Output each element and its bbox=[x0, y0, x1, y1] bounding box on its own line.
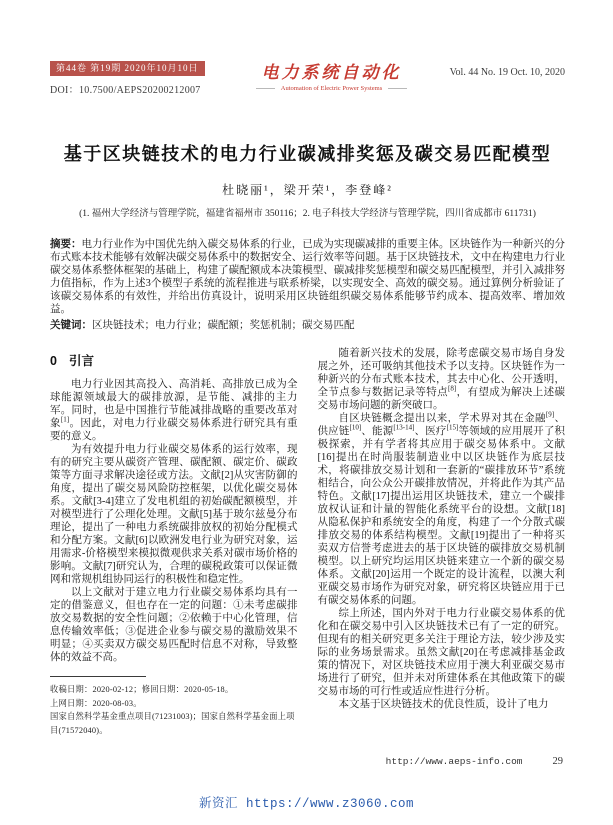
journal-subtitle: Automation of Electric Power Systems bbox=[281, 85, 382, 92]
doi-text: DOI：10.7500/AEPS20200212007 bbox=[50, 81, 248, 96]
keywords-text: 区块链技术；电力行业；碳配额；奖惩机制；碳交易匹配 bbox=[92, 320, 355, 331]
article-title: 基于区块链技术的电力行业碳减排奖惩及碳交易匹配模型 bbox=[50, 140, 565, 166]
footnote-rule bbox=[50, 676, 146, 677]
intro-paragraph: 本文基于区块链技术的优良性质，设计了电力 bbox=[318, 698, 566, 711]
section-title: 引言 bbox=[69, 354, 94, 368]
section-number: 0 bbox=[50, 354, 57, 368]
journal-logo: 电力系统自动化 bbox=[256, 58, 407, 83]
watermark-text: 新资汇 https://www.z3060.com bbox=[0, 793, 613, 811]
affiliation-line: (1. 福州大学经济与管理学院，福建省福州市 350116；2. 电子科技大学经… bbox=[50, 205, 565, 219]
journal-url: http://www.aeps-info.com bbox=[386, 756, 523, 767]
abstract-label: 摘要： bbox=[50, 238, 82, 250]
keywords-block: 关键词：区块链技术；电力行业；碳配额；奖惩机制；碳交易匹配 bbox=[50, 319, 565, 332]
abstract-block: 摘要：电力行业作为中国优先纳入碳交易体系的行业，已成为实现碳减排的重要主体。区块… bbox=[50, 238, 565, 316]
journal-subtitle-row: Automation of Electric Power Systems bbox=[256, 85, 407, 92]
intro-paragraph: 随着新兴技术的发展，除考虑碳交易市场自身发展之外，还可吸纳其他技术予以支持。区块… bbox=[318, 347, 566, 412]
journal-logo-block: 电力系统自动化 Automation of Electric Power Sys… bbox=[248, 58, 415, 92]
intro-paragraph: 自区块链概念提出以来，学术界对其在金融[9]、供应链[10]、能源[13-14]… bbox=[318, 412, 566, 607]
page-number: 29 bbox=[553, 756, 564, 767]
keywords-label: 关键词： bbox=[50, 319, 92, 331]
intro-paragraph: 为有效提升电力行业碳交易体系的运行效率，现有的研究主要从碳资产管理、碳配额、碳定… bbox=[50, 443, 298, 586]
intro-paragraph: 电力行业因其高投入、高消耗、高排放已成为全球能源领域最大的碳排放源，是节能、减排… bbox=[50, 378, 298, 443]
journal-masthead: 第44卷 第19期 2020年10月10日 DOI：10.7500/AEPS20… bbox=[50, 58, 565, 96]
footnote-dates: 收稿日期：2020-02-12；修回日期：2020-05-18。 bbox=[50, 683, 298, 697]
page-footer: http://www.aeps-info.com 29 bbox=[386, 756, 563, 767]
right-column: 随着新兴技术的发展，除考虑碳交易市场自身发展之外，还可吸纳其他技术予以支持。区块… bbox=[318, 347, 566, 737]
volume-info: Vol. 44 No. 19 Oct. 10, 2020 bbox=[415, 58, 565, 78]
left-column: 0引言 电力行业因其高投入、高消耗、高排放已成为全球能源领域最大的碳排放源，是节… bbox=[50, 347, 298, 737]
author-line: 杜晓丽¹，梁开荣¹，李登峰² bbox=[50, 181, 565, 198]
footnote-funding: 国家自然科学基金重点项目(71231003)；国家自然科学基金面上项目(7157… bbox=[50, 710, 298, 737]
footnote-block: 收稿日期：2020-02-12；修回日期：2020-05-18。 上网日期：20… bbox=[50, 676, 298, 737]
section-heading: 0引言 bbox=[50, 351, 298, 369]
intro-paragraph: 综上所述，国内外对于电力行业碳交易体系的优化和在碳交易中引入区块链技术已有了一定… bbox=[318, 607, 566, 698]
footnote-online-date: 上网日期：2020-08-03。 bbox=[50, 697, 298, 711]
masthead-left: 第44卷 第19期 2020年10月10日 DOI：10.7500/AEPS20… bbox=[50, 58, 248, 96]
left-rule bbox=[256, 88, 275, 89]
paper-page: 第44卷 第19期 2020年10月10日 DOI：10.7500/AEPS20… bbox=[0, 0, 613, 825]
intro-paragraph: 以上文献对于建立电力行业碳交易体系均具有一定的借鉴意义，但也存在一定的问题：①未… bbox=[50, 586, 298, 664]
issue-banner: 第44卷 第19期 2020年10月10日 bbox=[50, 61, 205, 76]
right-rule bbox=[388, 88, 407, 89]
two-column-body: 0引言 电力行业因其高投入、高消耗、高排放已成为全球能源领域最大的碳排放源，是节… bbox=[50, 347, 565, 737]
abstract-text: 电力行业作为中国优先纳入碳交易体系的行业，已成为实现碳减排的重要主体。区块链作为… bbox=[50, 239, 565, 315]
